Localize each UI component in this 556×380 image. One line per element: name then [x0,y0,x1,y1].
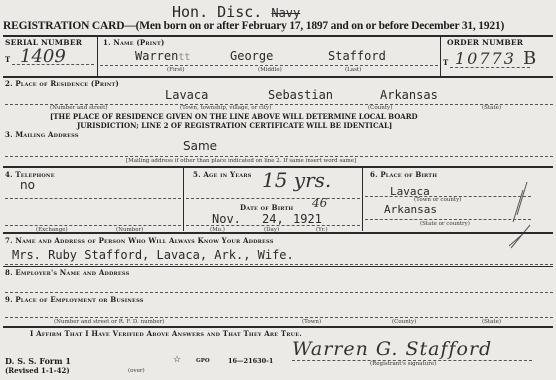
first-name-value: Warren [135,49,178,63]
serial-line [12,64,94,65]
residence-county: Sebastian [268,88,333,102]
residence-notice-2: JURISDICTION; LINE 2 OF REGISTRATION CER… [77,121,392,130]
card-title: REGISTRATION CARD [3,20,124,32]
employer-line [5,292,553,293]
employment-line [5,317,553,318]
over-note: (over) [128,368,145,374]
employment-town-caption: (Town) [302,319,321,325]
star-icon: ☆ [173,355,181,365]
rule [3,266,553,267]
rule [3,76,553,78]
middle-caption: (Middle) [258,67,282,73]
mailing-line [5,156,553,157]
mailing-value: Same [183,139,217,153]
contact-line [5,264,553,265]
discharge-note-text: Hon. Disc. [172,3,262,21]
age-label: 5. Age in Years [193,170,252,179]
employment-county-caption: (County) [392,319,416,325]
last-caption: (Last) [345,67,361,73]
employment-state-caption: (State) [482,319,501,325]
telephone-line-2 [5,225,181,226]
dob-year: 1921 [293,212,322,226]
rule [3,232,553,234]
serial-prefix: T [5,55,10,64]
town-caption: (Town, township, village, or city) [180,105,271,111]
first-name-strike: tt [178,52,190,63]
pencil-checkmark-icon [505,180,535,250]
order-number-label: ORDER NUMBER [447,38,523,47]
mailing-caption: [Mailing address if other than place ind… [126,158,356,164]
form-name: D. S. S. Form 1 [5,356,71,366]
residence-notice-1: [THE PLACE OF RESIDENCE GIVEN ON THE LIN… [50,112,418,121]
name-first: Warrentt [135,49,190,63]
divider [362,168,363,231]
card-subtitle: —(Men born on or after February 17, 1897… [124,20,504,32]
signature-caption: (Registrant's signature) [370,361,436,367]
top-rule [3,35,553,37]
telephone-line [5,198,181,199]
residence-town: Lavaca [165,88,208,102]
dob-line [186,225,360,226]
county-caption: (County) [368,105,392,111]
order-line [450,67,530,68]
age-value: 15 yrs. [262,168,331,192]
divider [183,168,184,231]
residence-label: 2. Place of Residence (Print) [5,79,119,88]
first-caption: (First) [167,67,185,73]
name-label: 1. Name (Print) [103,38,164,47]
divider [97,37,98,77]
telephone-value: no [20,178,35,192]
affirmation-text: I Affirm That I Have Verified Above Answ… [30,329,302,338]
dob-label: Date of Birth [240,203,293,212]
discharge-note: Hon. Disc. Navy [172,3,300,21]
dob-annotation: 46 [312,196,327,210]
residence-state: Arkansas [380,88,438,102]
middle-name-value: George [230,49,273,63]
registrant-signature: Warren G. Stafford [292,338,492,360]
divider [440,37,441,77]
registration-card: Hon. Disc. Navy REGISTRATION CARD—(Men b… [0,0,556,380]
order-number: 10773 B [455,48,538,69]
employment-place-label: 9. Place of Employment or Business [5,295,144,304]
birthplace-label: 6. Place of Birth [370,170,437,179]
street-caption: (Number and street) [50,105,108,111]
state-caption: (State) [482,105,501,111]
order-number-value: 10773 [455,49,516,68]
discharge-branch: Navy [271,6,300,20]
order-suffix: B [523,48,538,69]
birthplace-state: Arkansas [384,203,437,216]
employment-street-caption: (Number and street or R. F. D. number) [54,319,164,325]
form-revised: (Revised 1-1-42) [5,366,70,375]
employer-label: 8. Employer's Name and Address [5,268,129,277]
contact-value: Mrs. Ruby Stafford, Lavaca, Ark., Wife. [12,248,294,262]
print-code: 16—21630-1 [228,357,273,365]
order-prefix: T [443,58,448,67]
last-name-value: Stafford [328,49,386,63]
dob-month: Nov. [212,212,241,226]
birthplace-state-caption: (State or country) [420,221,470,227]
rule [3,326,553,328]
gpo-mark: GPO [196,358,210,364]
age-line [186,198,360,199]
card-title-row: REGISTRATION CARD—(Men born on or after … [3,20,504,32]
contact-label: 7. Name and Address of Person Who Will A… [5,236,274,245]
dob-day: 24, [262,212,284,226]
mailing-label: 3. Mailing Address [5,130,79,139]
name-line [100,65,438,66]
